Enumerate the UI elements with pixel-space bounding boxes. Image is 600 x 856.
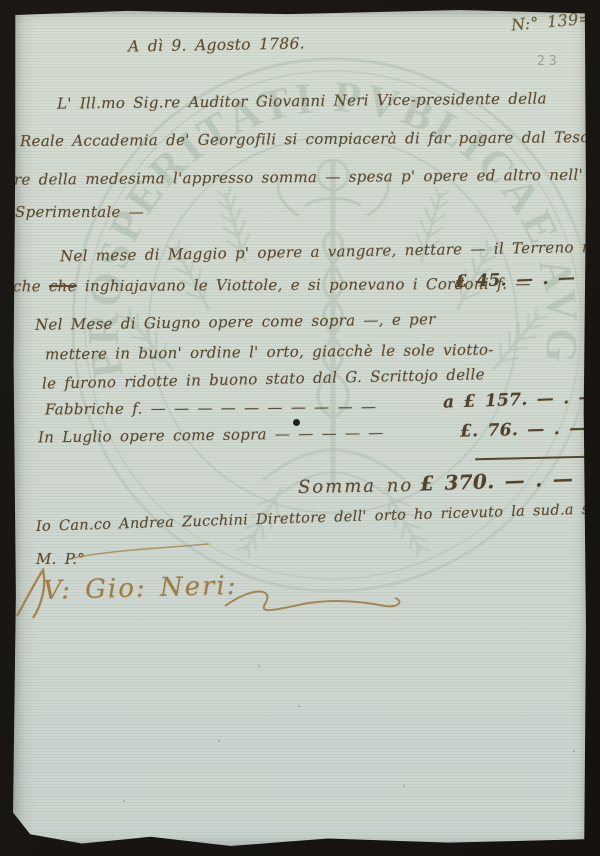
- paper-speck: [403, 785, 405, 787]
- archive-stamp: 23: [537, 54, 561, 69]
- amount-july: £. 76. — . —: [460, 418, 587, 441]
- paper-speck: [573, 750, 575, 752]
- entry-may-line-2: che che inghiajavano le Viottole, e si p…: [13, 275, 531, 296]
- date-line: A dì 9. Agosto 1786.: [128, 34, 305, 55]
- sum-rule: [475, 456, 591, 460]
- amount-june: a £ 157. — . —: [443, 387, 597, 412]
- entry-june-line-4: Fabbriche f. — — — — — — — — — —: [45, 398, 376, 419]
- body-line-3: re della medesima l'appresso somma — spe…: [14, 165, 600, 188]
- ink-blot: [293, 419, 300, 426]
- amount-may: £ 45. — . —: [455, 268, 576, 292]
- entry-may-pre: che: [13, 277, 41, 295]
- paper-speck: [123, 800, 125, 802]
- struck-word: che: [49, 277, 77, 295]
- entry-june-line-2: mettere in buon' ordine l' orto, giacchè…: [45, 341, 494, 364]
- entry-july-line: In Luglio opere come sopra — — — — —: [38, 424, 384, 447]
- receipt-line-1: Io Can.co Andrea Zucchini Direttore dell…: [36, 500, 600, 535]
- paper-speck: [298, 705, 300, 707]
- paper-speck: [258, 665, 260, 667]
- total-amount: £ 370. — . —: [420, 466, 574, 495]
- paper-sheet: PROSPERITATI PVBLICAE AVGENDAE N:° 139=: [13, 10, 586, 846]
- approval-signature: V: Gio: Neri:: [43, 571, 238, 606]
- entry-may-line-1: Nel mese di Maggio p' opere a vangare, n…: [60, 237, 600, 266]
- body-line-1: L' Ill.mo Sig.re Auditor Giovanni Neri V…: [57, 89, 547, 112]
- receipt-line-2: M. P.°: [36, 550, 85, 568]
- body-line-4: Sperimentale —: [15, 203, 144, 221]
- body-line-2: Reale Accademia de' Georgofili si compia…: [20, 128, 600, 150]
- entry-june-line-1: Nel Mese di Giugno opere come sopra —, e…: [35, 310, 436, 334]
- ref-number: N:° 139=: [510, 8, 593, 34]
- entry-june-line-3: le furono ridotte in buono stato dal G. …: [42, 365, 485, 392]
- paper-speck: [218, 740, 220, 742]
- total-label: Somma no: [298, 475, 414, 498]
